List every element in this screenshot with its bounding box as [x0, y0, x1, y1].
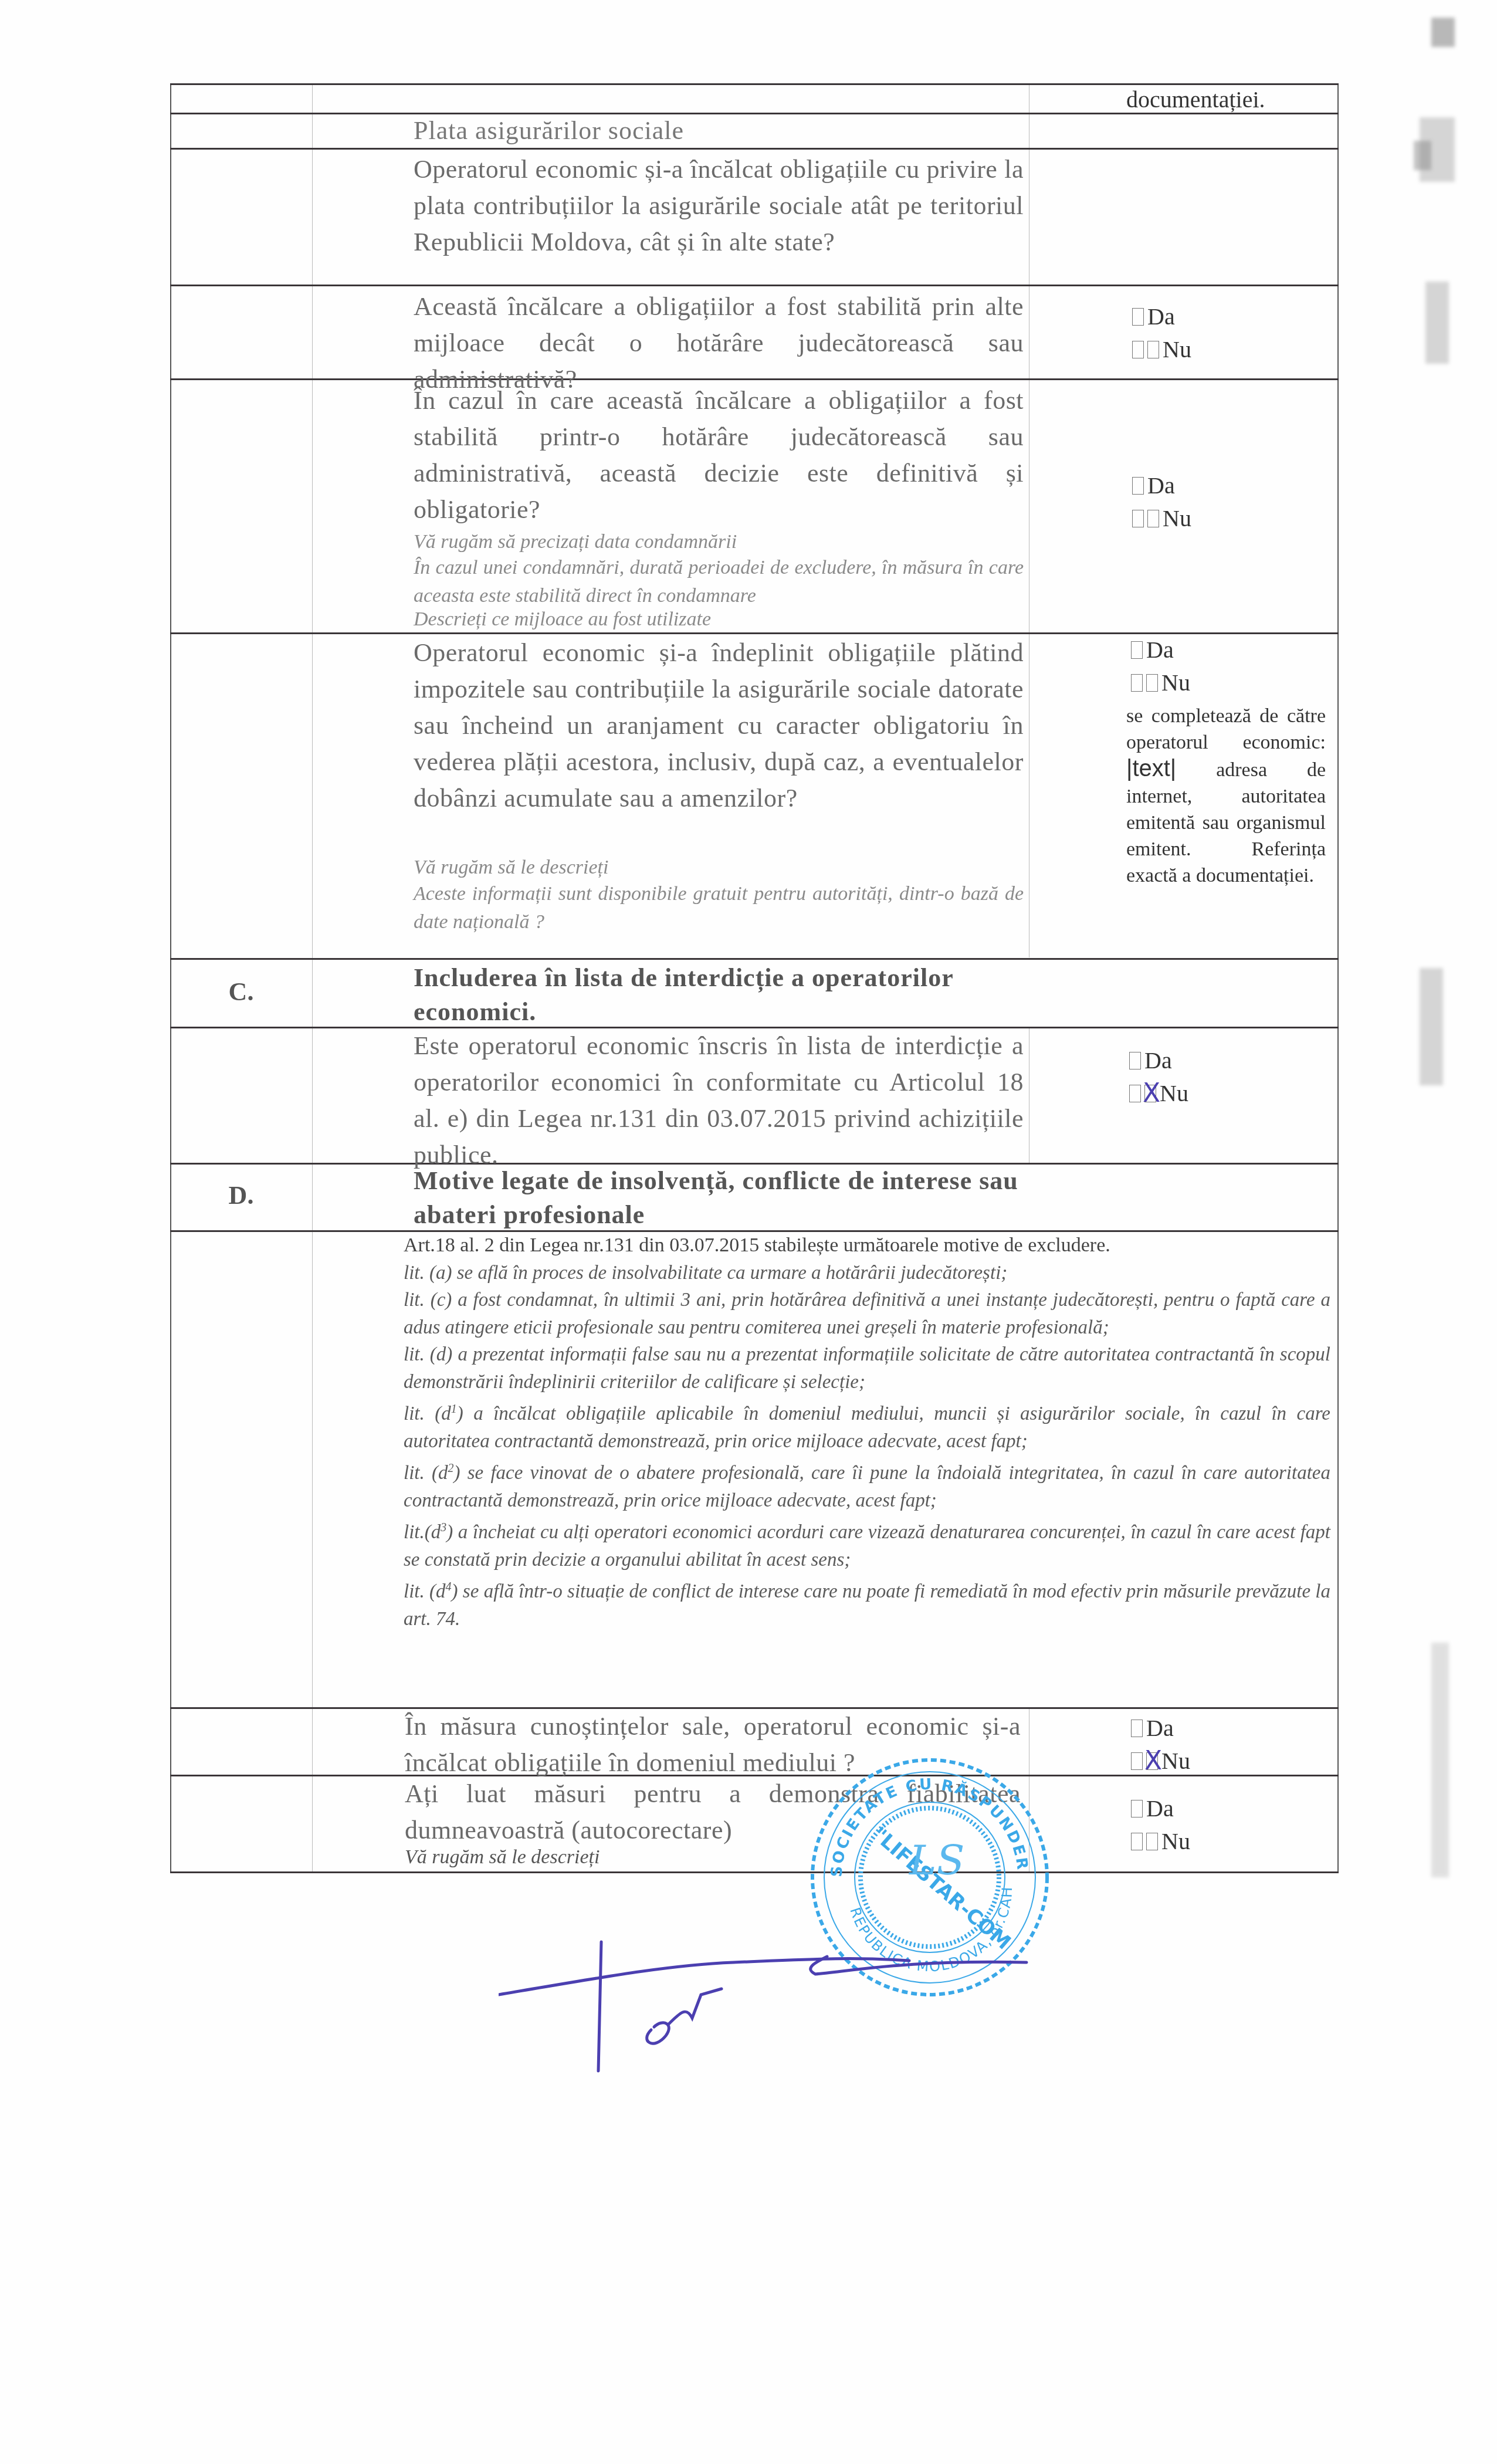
answer-group-q4: Da Nu — [1131, 634, 1190, 699]
articles-lead: Art.18 al. 2 din Legea nr.131 din 03.07.… — [404, 1232, 1330, 1260]
table-right-border — [1337, 83, 1339, 1873]
option-label: Da — [1146, 634, 1174, 666]
checkbox-nu[interactable] — [1146, 1833, 1158, 1850]
text-field[interactable]: |text| — [1126, 756, 1176, 781]
section-c-heading: Includerea în lista de interdicție a ope… — [414, 961, 1024, 1029]
checkbox-empty — [1129, 1085, 1141, 1102]
q3-note-2: În cazul unei condamnări, durată perioad… — [414, 554, 1024, 610]
social-insurance-heading: Plata asigurărilor sociale — [414, 114, 1024, 148]
table-column-divider-2b — [1029, 1027, 1029, 1163]
q3-note-3: Descrieți ce mijloace au fost utilizate — [414, 605, 1024, 634]
answer-group-q2: Da Nu — [1132, 300, 1191, 366]
section-c-label: C. — [170, 977, 312, 1007]
svg-text:LS: LS — [908, 1836, 964, 1884]
article-item: lit. (d1) a încălcat obligațiile aplicab… — [404, 1396, 1330, 1455]
articles-container: lit. (a) se află în proces de insolvabil… — [404, 1260, 1330, 1633]
scan-artifact — [1414, 141, 1431, 170]
row-line — [170, 958, 1339, 960]
option-label: Nu — [1161, 666, 1190, 699]
option-nu[interactable]: Nu — [1129, 1077, 1188, 1110]
exclusion-grounds-list: Art.18 al. 2 din Legea nr.131 din 03.07.… — [404, 1232, 1330, 1633]
social-insurance-question-2: Această încălcare a obligațiilor a fost … — [414, 289, 1024, 398]
option-label: Nu — [1161, 1745, 1190, 1778]
table-column-divider-1 — [312, 83, 313, 1873]
article-item: lit. (c) a fost condamnat, în ultimii 3 … — [404, 1287, 1330, 1341]
q3-note-1: Vă rugăm să precizați data condamnării — [414, 528, 1024, 556]
option-label: Da — [1146, 1712, 1174, 1745]
checkbox-da[interactable] — [1129, 1052, 1141, 1069]
checkbox-da[interactable] — [1131, 1800, 1143, 1817]
section-c-question: Este operatorul economic înscris în list… — [414, 1028, 1024, 1173]
section-d-label: D. — [170, 1180, 312, 1210]
option-da[interactable]: Da — [1132, 300, 1191, 333]
checkbox-empty — [1131, 1833, 1143, 1850]
option-da[interactable]: Da — [1131, 634, 1190, 666]
q4-note-2: Aceste informații sunt disponibile gratu… — [414, 880, 1024, 936]
social-insurance-question-4: Operatorul economic și-a îndeplinit obli… — [414, 635, 1024, 817]
option-nu[interactable]: Nu — [1131, 1825, 1190, 1858]
option-label: Da — [1147, 469, 1175, 502]
checkbox-nu[interactable] — [1147, 510, 1159, 527]
answer-group-c: Da Nu — [1129, 1044, 1188, 1110]
option-label: Nu — [1163, 333, 1191, 366]
checkbox-empty — [1132, 341, 1144, 358]
checkbox-nu[interactable] — [1146, 674, 1158, 692]
article-item: lit. (d2) se face vinovat de o abatere p… — [404, 1455, 1330, 1514]
option-da[interactable]: Da — [1131, 1712, 1190, 1745]
article-item: lit. (d) a prezentat informații false sa… — [404, 1341, 1330, 1396]
option-label: Nu — [1163, 502, 1191, 535]
answer-group-self: Da Nu — [1131, 1792, 1190, 1858]
article-item: lit. (d4) se află într-o situație de con… — [404, 1573, 1330, 1633]
scan-artifact — [1431, 18, 1455, 47]
checkbox-da[interactable] — [1131, 1720, 1143, 1737]
scanned-document-page: documentației. Plata asigurărilor social… — [0, 0, 1497, 2464]
checkbox-nu-checked[interactable] — [1146, 1752, 1158, 1770]
note-prefix: se completează de către operatorul econo… — [1126, 705, 1326, 753]
option-nu[interactable]: Nu — [1131, 1745, 1190, 1778]
signature-icon — [499, 1924, 1056, 2077]
answer-group-q3: Da Nu — [1132, 469, 1191, 535]
scan-artifact — [1431, 1643, 1449, 1877]
table-column-divider-2 — [1029, 83, 1029, 957]
q4-reference-note: se completează de către operatorul econo… — [1126, 703, 1326, 889]
checkbox-nu[interactable] — [1147, 341, 1159, 358]
row-line — [170, 148, 1339, 150]
option-label: Da — [1147, 300, 1175, 333]
option-da[interactable]: Da — [1131, 1792, 1190, 1825]
checkbox-da[interactable] — [1132, 477, 1144, 495]
section-d-heading: Motive legate de insolvență, conflicte d… — [414, 1164, 1024, 1232]
option-label: Da — [1146, 1792, 1174, 1825]
row-line — [170, 83, 1339, 85]
article-item: lit. (a) se află în proces de insolvabil… — [404, 1260, 1330, 1287]
option-nu[interactable]: Nu — [1131, 666, 1190, 699]
scan-artifact — [1420, 968, 1443, 1085]
checkbox-da[interactable] — [1132, 308, 1144, 326]
checkbox-empty — [1132, 510, 1144, 527]
option-label: Nu — [1160, 1077, 1188, 1110]
option-label: Nu — [1161, 1825, 1190, 1858]
checkbox-da[interactable] — [1131, 641, 1143, 659]
row-line — [170, 285, 1339, 286]
table-bottom-border — [170, 1871, 1339, 1873]
social-insurance-question-3: În cazul în care această încălcare a obl… — [414, 383, 1024, 528]
previous-answer-tail: documentației. — [1126, 86, 1265, 113]
option-da[interactable]: Da — [1132, 469, 1191, 502]
answer-group-env: Da Nu — [1131, 1712, 1190, 1778]
checkbox-empty — [1131, 674, 1143, 692]
option-da[interactable]: Da — [1129, 1044, 1188, 1077]
social-insurance-question-1: Operatorul economic și-a încălcat obliga… — [414, 151, 1024, 260]
option-nu[interactable]: Nu — [1132, 333, 1191, 366]
scan-artifact — [1425, 282, 1449, 364]
option-label: Da — [1144, 1044, 1172, 1077]
article-item: lit.(d3) a încheiat cu alți operatori ec… — [404, 1514, 1330, 1573]
q4-note-1: Vă rugăm să le descrieți — [414, 854, 1024, 882]
checkbox-nu-checked[interactable] — [1144, 1085, 1156, 1102]
option-nu[interactable]: Nu — [1132, 502, 1191, 535]
checkbox-empty — [1131, 1752, 1143, 1770]
